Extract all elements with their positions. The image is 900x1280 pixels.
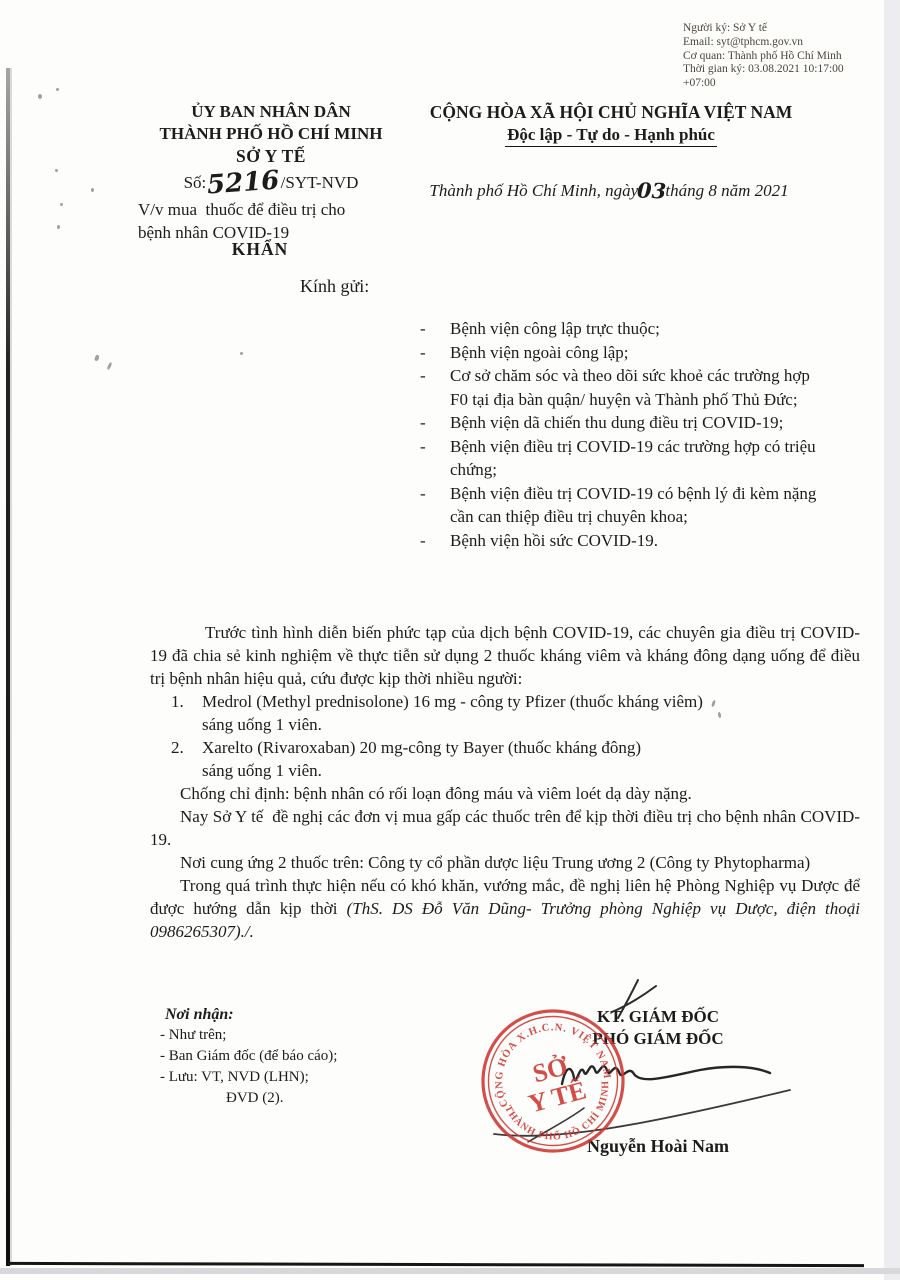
recipient-item: -Bệnh viện điều trị COVID-19 có bệnh lý … (420, 482, 832, 529)
body-paragraph-contact: Trong quá trình thực hiện nếu có khó khă… (150, 874, 860, 943)
page-edge-bottom-shadow (0, 1268, 900, 1274)
document-number-prefix: Số: (184, 173, 207, 192)
document-number-handwritten: 5216 (206, 166, 280, 201)
cc-block: Nơi nhận: - Như trên; - Ban Giám đốc (để… (160, 1004, 490, 1109)
scan-speck (240, 352, 243, 355)
digital-signature-metadata: Người ký: Sở Y tế Email: syt@tphcm.gov.v… (683, 22, 888, 91)
document-body: Trước tình hình diễn biến phức tạp của d… (150, 621, 860, 943)
salutation-label: Kính gửi: (300, 276, 369, 297)
national-motto-block: CỘNG HÒA XÃ HỘI CHỦ NGHĨA VIỆT NAM Độc l… (412, 101, 810, 147)
sign-time-line: Thời gian ký: 03.08.2021 10:17:00 (683, 63, 888, 77)
cc-item: - Ban Giám đốc (để báo cáo); (160, 1046, 490, 1067)
cc-item: ĐVD (2). (160, 1088, 490, 1109)
place-date-line: Thành phố Hồ Chí Minh, ngày03tháng 8 năm… (404, 178, 814, 203)
bullet-dash: - (420, 317, 450, 341)
scan-speck (56, 88, 59, 91)
document-number-suffix: /SYT-NVD (281, 173, 359, 192)
authority-parent: ỦY BAN NHÂN DÂN (128, 101, 414, 123)
document-number-line: Số:5216/SYT-NVD (128, 168, 414, 196)
drug-item-2: 2. Xarelto (Rivaroxaban) 20 mg-công ty B… (150, 736, 860, 782)
scan-edge-right (884, 0, 900, 1280)
drug-item-2-line1: Xarelto (Rivaroxaban) 20 mg-công ty Baye… (202, 736, 860, 759)
scanned-document-page: Người ký: Sở Y tế Email: syt@tphcm.gov.v… (0, 0, 900, 1280)
timezone-line: +07:00 (683, 77, 888, 91)
recipient-item: -Bệnh viện điều trị COVID-19 các trường … (420, 435, 832, 482)
cc-item: - Như trên; (160, 1025, 490, 1046)
issuing-authority-block: ỦY BAN NHÂN DÂN THÀNH PHỐ HỒ CHÍ MINH SỞ… (128, 101, 414, 196)
authority-city: THÀNH PHỐ HỒ CHÍ MINH (128, 123, 414, 145)
bullet-dash: - (420, 529, 450, 553)
drug-item-1-line2: sáng uống 1 viên. (202, 713, 860, 736)
body-paragraph-1: Trước tình hình diễn biến phức tạp của d… (150, 621, 860, 690)
date-prefix: Thành phố Hồ Chí Minh, ngày (429, 181, 638, 200)
body-paragraph-contraindication: Chống chỉ định: bệnh nhân có rối loạn đô… (150, 782, 860, 805)
document-subject: V/v mua thuốc để điều trị cho bệnh nhân … (138, 199, 388, 244)
scan-speck (38, 94, 42, 99)
scan-speck (57, 225, 60, 229)
bullet-dash: - (420, 411, 450, 435)
scan-mark-comma (94, 354, 100, 361)
agency-line: Cơ quan: Thành phố Hồ Chí Minh (683, 50, 888, 64)
signer-line: Người ký: Sở Y tế (683, 22, 888, 36)
date-day-handwritten: 03 (637, 177, 667, 203)
recipient-item: -Bệnh viện hồi sức COVID-19. (420, 529, 832, 553)
bullet-dash: - (420, 341, 450, 365)
body-paragraph-request: Nay Sở Y tế đề nghị các đơn vị mua gấp c… (150, 805, 860, 851)
national-title: CỘNG HÒA XÃ HỘI CHỦ NGHĨA VIỆT NAM (412, 101, 810, 123)
item-number: 1. (171, 690, 184, 713)
cc-label: Nơi nhận: (165, 1004, 490, 1025)
drug-item-1: 1. Medrol (Methyl prednisolone) 16 mg - … (150, 690, 860, 736)
scan-mark-apostrophe (106, 362, 112, 371)
bullet-dash: - (420, 364, 450, 411)
drug-item-1-line1: Medrol (Methyl prednisolone) 16 mg - côn… (202, 690, 860, 713)
subject-line-1: V/v mua thuốc để điều trị cho (138, 199, 388, 222)
bullet-dash: - (420, 482, 450, 529)
national-motto: Độc lập - Tự do - Hạnh phúc (505, 123, 717, 147)
date-suffix: tháng 8 năm 2021 (665, 181, 788, 200)
recipient-list: -Bệnh viện công lập trực thuộc; -Bệnh vi… (420, 317, 832, 552)
recipient-item: -Bệnh viện dã chiến thu dung điều trị CO… (420, 411, 832, 435)
urgent-label: KHẨN (130, 239, 390, 260)
recipient-item: -Bệnh viện công lập trực thuộc; (420, 317, 832, 341)
authority-dept: SỞ Y TẾ (128, 145, 414, 167)
cc-item: - Lưu: VT, NVD (LHN); (160, 1067, 490, 1088)
scan-speck (91, 188, 94, 192)
item-number: 2. (171, 736, 184, 759)
body-paragraph-supplier: Nơi cung ứng 2 thuốc trên: Công ty cổ ph… (150, 851, 860, 874)
bullet-dash: - (420, 435, 450, 482)
handwritten-paraph (608, 976, 660, 1022)
recipient-item: -Bệnh viện ngoài công lập; (420, 341, 832, 365)
recipient-item: -Cơ sở chăm sóc và theo dõi sức khoẻ các… (420, 364, 832, 411)
scan-speck (55, 169, 58, 172)
page-edge-left-shadow (10, 68, 12, 1266)
scan-speck (60, 203, 63, 206)
page-edge-bottom (8, 1262, 864, 1267)
email-line: Email: syt@tphcm.gov.vn (683, 36, 888, 50)
drug-item-2-line2: sáng uống 1 viên. (202, 759, 860, 782)
